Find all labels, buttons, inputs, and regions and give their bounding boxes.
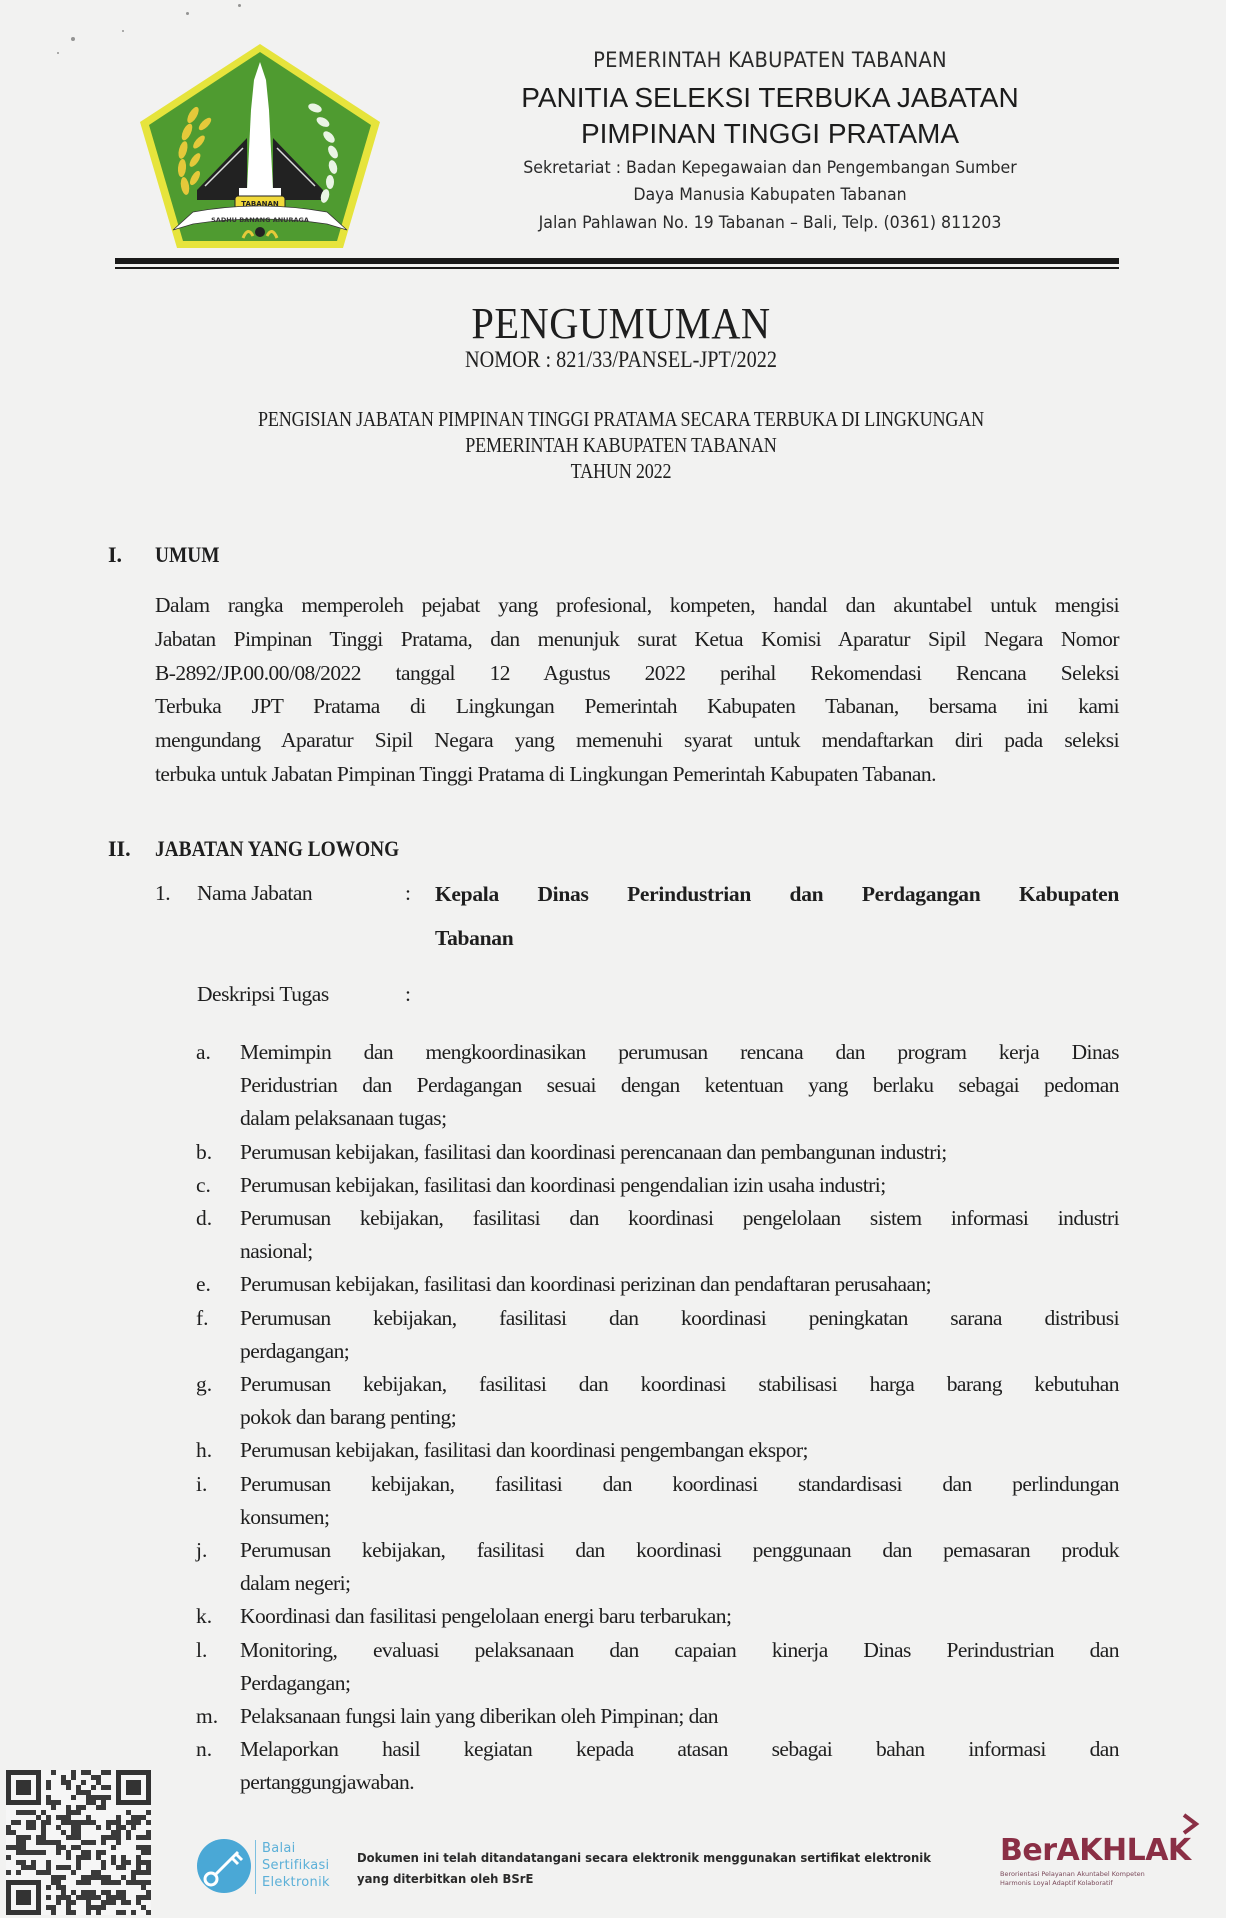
- duty-item-line: Memimpin dan mengkoordinasikan perumusan…: [240, 1039, 1119, 1065]
- duty-marker: i.: [196, 1471, 207, 1497]
- duty-marker: e.: [196, 1271, 211, 1297]
- letterhead-divider-thin: [115, 267, 1119, 269]
- electronic-signature-note: Dokumen ini telah ditandatangani secara …: [357, 1847, 931, 1889]
- section-number: I.: [108, 542, 122, 568]
- announcement-title: PENGUMUMAN: [50, 298, 1193, 349]
- duty-item-line: Perumusan kebijakan, fasilitasi dan koor…: [240, 1437, 1119, 1463]
- scan-noise: [57, 52, 59, 54]
- paragraph-line: B-2892/JP.00.00/08/2022 tanggal 12 Agust…: [155, 660, 1119, 686]
- duty-marker: f.: [196, 1305, 209, 1331]
- duty-item-line: Perumusan kebijakan, fasilitasi dan koor…: [240, 1305, 1119, 1331]
- bsre-name-line: Elektronik: [262, 1874, 330, 1891]
- bsre-divider: [255, 1840, 256, 1894]
- position-index: 1.: [155, 881, 170, 906]
- duty-item-line: dalam pelaksanaan tugas;: [240, 1105, 1119, 1131]
- announcement-subtitle: PENGISIAN JABATAN PIMPINAN TINGGI PRATAM…: [87, 407, 1155, 432]
- letterhead-secretariat: Sekretariat : Badan Kepegawaian dan Peng…: [445, 158, 1096, 178]
- paragraph-line: mengundang Aparatur Sipil Negara yang me…: [155, 727, 1119, 753]
- tabanan-emblem-logo: TABANAN SADHU BANANG ANURAGA: [135, 40, 385, 252]
- duty-marker: d.: [196, 1205, 212, 1231]
- duty-marker: h.: [196, 1437, 212, 1463]
- duty-marker: n.: [196, 1736, 212, 1762]
- duty-marker: j.: [196, 1537, 207, 1563]
- scan-noise: [122, 30, 124, 32]
- duty-item-line: Perumusan kebijakan, fasilitasi dan koor…: [240, 1172, 1119, 1198]
- berakhlak-logo: BerAKHLAK: [1000, 1833, 1191, 1868]
- announcement-subtitle: PEMERINTAH KABUPATEN TABANAN: [87, 433, 1155, 458]
- duty-marker: c.: [196, 1172, 211, 1198]
- duty-item-line: Peridustrian dan Perdagangan sesuai deng…: [240, 1072, 1119, 1098]
- duty-item-line: Pelaksanaan fungsi lain yang diberikan o…: [240, 1703, 1119, 1729]
- section-heading-vacancy: JABATAN YANG LOWONG: [155, 836, 399, 862]
- duties-colon: :: [405, 982, 410, 1007]
- duty-item-line: Perumusan kebijakan, fasilitasi dan koor…: [240, 1271, 1119, 1297]
- bsre-key-icon: [196, 1838, 252, 1894]
- svg-text:SADHU BANANG ANURAGA: SADHU BANANG ANURAGA: [211, 216, 309, 224]
- duty-item-line: pokok dan barang penting;: [240, 1404, 1119, 1430]
- duty-item-line: Monitoring, evaluasi pelaksanaan dan cap…: [240, 1637, 1119, 1663]
- duty-marker: m.: [196, 1703, 218, 1729]
- paragraph-line: Dalam rangka memperoleh pejabat yang pro…: [155, 592, 1119, 618]
- paragraph-line: Jabatan Pimpinan Tinggi Pratama, dan men…: [155, 626, 1119, 652]
- letterhead-secretariat-2: Daya Manusia Kabupaten Tabanan: [445, 185, 1096, 205]
- scan-noise: [71, 37, 75, 41]
- qr-code-icon: [6, 1770, 151, 1915]
- scan-noise: [186, 12, 189, 15]
- duty-item-line: nasional;: [240, 1238, 1119, 1264]
- position-label: Nama Jabatan: [197, 881, 312, 906]
- duty-item-line: dalam negeri;: [240, 1570, 1119, 1596]
- letterhead-committee-2: PIMPINAN TINGGI PRATAMA: [420, 118, 1120, 150]
- bsre-name: Balai Sertifikasi Elektronik: [262, 1840, 330, 1891]
- duty-item-line: Perumusan kebijakan, fasilitasi dan koor…: [240, 1139, 1119, 1165]
- duties-label: Deskripsi Tugas: [197, 982, 329, 1007]
- duty-item-line: Perumusan kebijakan, fasilitasi dan koor…: [240, 1371, 1119, 1397]
- duty-marker: k.: [196, 1603, 212, 1629]
- signature-note-line: Dokumen ini telah ditandatangani secara …: [357, 1847, 931, 1868]
- duty-item-line: Perumusan kebijakan, fasilitasi dan koor…: [240, 1537, 1119, 1563]
- berakhlak-tagline: Berorientasi Pelayanan Akuntabel Kompete…: [1000, 1870, 1170, 1888]
- duty-item-line: Melaporkan hasil kegiatan kepada atasan …: [240, 1736, 1119, 1762]
- duty-marker: b.: [196, 1139, 212, 1165]
- duty-item-line: Perumusan kebijakan, fasilitasi dan koor…: [240, 1471, 1119, 1497]
- letterhead-divider: [115, 258, 1119, 264]
- scan-noise: [238, 4, 241, 7]
- duty-marker: l.: [196, 1637, 207, 1663]
- signature-note-line: yang diterbitkan oleh BSrE: [357, 1868, 931, 1889]
- duty-item-line: Perdagangan;: [240, 1670, 1119, 1696]
- duty-marker: a.: [196, 1039, 211, 1065]
- letterhead-government: PEMERINTAH KABUPATEN TABANAN: [445, 48, 1096, 72]
- letterhead-address: Jalan Pahlawan No. 19 Tabanan – Bali, Te…: [445, 213, 1096, 233]
- paragraph-line: terbuka untuk Jabatan Pimpinan Tinggi Pr…: [155, 761, 1119, 787]
- position-value: Tabanan: [435, 925, 1119, 951]
- announcement-number: NOMOR : 821/33/PANSEL-JPT/2022: [75, 347, 1168, 373]
- duty-item-line: konsumen;: [240, 1504, 1119, 1530]
- document-page: TABANAN SADHU BANANG ANURAGA: [0, 0, 1226, 1918]
- bsre-name-line: Sertifikasi: [262, 1857, 330, 1874]
- section-heading-umum: UMUM: [155, 542, 220, 568]
- letterhead-committee: PANITIA SELEKSI TERBUKA JABATAN: [420, 82, 1120, 114]
- position-value: Kepala Dinas Perindustrian dan Perdagang…: [435, 881, 1119, 907]
- position-colon: :: [405, 881, 410, 906]
- bsre-name-line: Balai: [262, 1840, 330, 1857]
- duty-marker: g.: [196, 1371, 212, 1397]
- duty-item-line: Koordinasi dan fasilitasi pengelolaan en…: [240, 1603, 1119, 1629]
- announcement-subtitle: TAHUN 2022: [87, 459, 1155, 484]
- duty-item-line: perdagangan;: [240, 1338, 1119, 1364]
- duty-item-line: pertanggungjawaban.: [240, 1769, 1119, 1795]
- duty-item-line: Perumusan kebijakan, fasilitasi dan koor…: [240, 1205, 1119, 1231]
- chevron-right-icon: [1180, 1813, 1200, 1835]
- paragraph-line: Terbuka JPT Pratama di Lingkungan Pemeri…: [155, 693, 1119, 719]
- section-number: II.: [108, 836, 131, 862]
